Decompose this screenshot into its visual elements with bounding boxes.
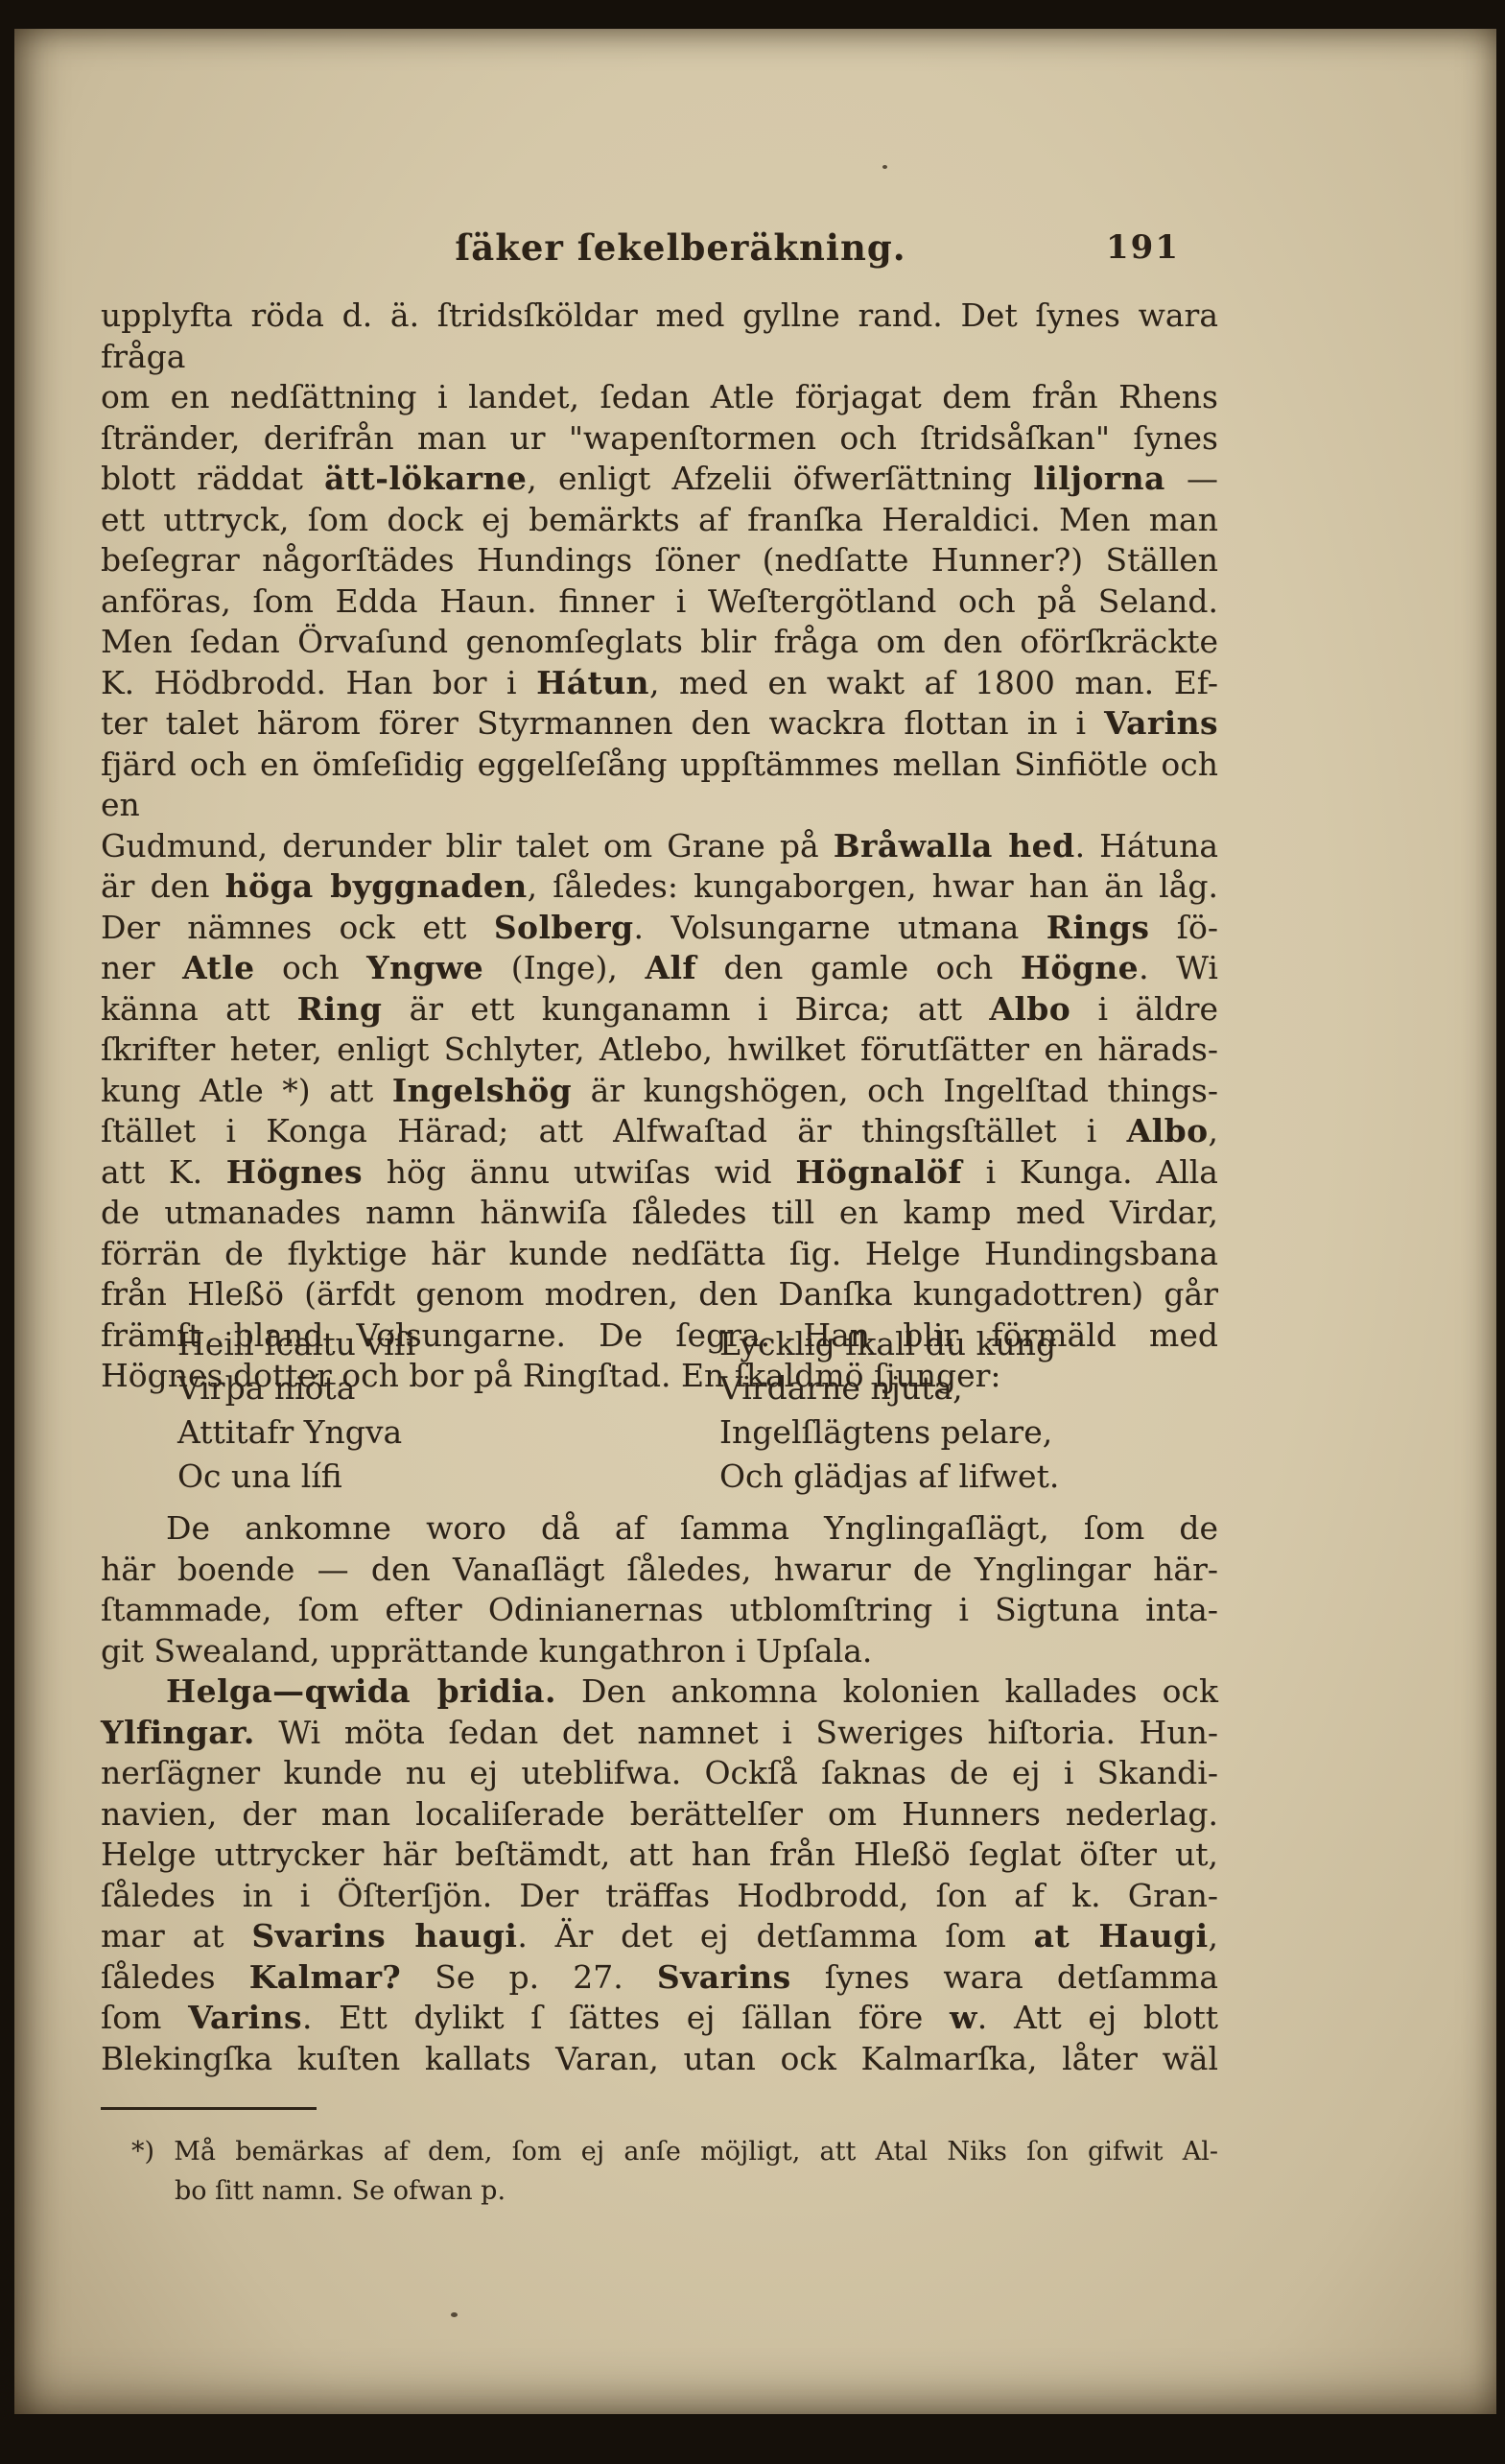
emphasized-text: liljorna: [1033, 460, 1165, 497]
text-segment: Der nämnes ock ett: [101, 909, 494, 946]
text-line: mar at Svarins haugi. Är det ej detſamma…: [101, 1916, 1218, 1957]
text-segment: anföras, ſom Edda Haun. finner i Weſterg…: [101, 582, 1218, 620]
text-segment: Gudmund, derunder blir talet om Grane på: [101, 827, 834, 865]
body-text-block-1: upplyfta röda d. ä. ſtridsſköldar med gy…: [101, 296, 1218, 1397]
text-line: navien, der man localiſerade berättelſer…: [101, 1794, 1218, 1836]
text-segment: är ett kunganamn i Birca; att: [382, 990, 989, 1028]
text-segment: , ſåledes: kungaborgen, hwar han än låg.: [528, 867, 1218, 905]
text-line: beſegrar någorſtädes Hundings ſöner (ned…: [101, 540, 1218, 581]
text-segment: Men ſedan Örvaſund genomſeglats blir frå…: [101, 623, 1218, 660]
text-line: känna att Ring är ett kunganamn i Birca;…: [101, 989, 1218, 1031]
text-segment: beſegrar någorſtädes Hundings ſöner (ned…: [101, 541, 1218, 579]
emphasized-text: Yngwe: [366, 949, 483, 986]
text-segment: fjärd och en ömſeſidig eggelſeſång uppſt…: [101, 746, 1218, 824]
emphasized-text: Hátun: [536, 664, 649, 701]
emphasized-text: Albo: [989, 990, 1070, 1028]
text-line: här boende — den Vanaſlägt ſåledes, hwar…: [101, 1550, 1218, 1591]
text-line: om en nedſättning i landet, ſedan Atle f…: [101, 377, 1218, 418]
emphasized-text: Atle: [182, 949, 254, 986]
text-segment: i Kunga. Alla: [962, 1153, 1218, 1191]
emphasized-text: Bråwalla hed: [834, 827, 1075, 865]
emphasized-text: Högnalöf: [795, 1153, 962, 1191]
text-segment: här boende — den Vanaſlägt ſåledes, hwar…: [101, 1551, 1218, 1588]
text-segment: ſynes wara detſamma: [791, 1958, 1218, 1996]
text-segment: de utmanades namn hänwiſa ſåledes till e…: [101, 1194, 1218, 1231]
text-segment: ſkrifter heter, enligt Schlyter, Atlebo,…: [101, 1031, 1218, 1068]
text-segment: ,: [1209, 1917, 1219, 1955]
text-segment: , enligt Afzelii öfwerſättning: [527, 460, 1033, 497]
text-segment: . Ett dylikt ſ ſättes ej ſällan före: [302, 1999, 950, 2036]
verse-line: Virdarne njuta,: [719, 1366, 1059, 1410]
text-segment: bo ſitt namn. Se ofwan p.: [175, 2176, 506, 2206]
emphasized-text: Rings: [1046, 909, 1150, 946]
ink-speck: [451, 2312, 458, 2317]
text-segment: känna att: [101, 990, 297, 1028]
emphasized-text: w: [950, 1999, 977, 2036]
text-segment: hög ännu utwiſas wid: [363, 1153, 795, 1191]
text-line: Helge uttrycker här beſtämdt, att han fr…: [101, 1835, 1218, 1876]
text-line: bo ſitt namn. Se ofwan p.: [131, 2171, 1218, 2211]
text-line: K. Hödbrodd. Han bor i Hátun, med en wak…: [101, 663, 1218, 704]
emphasized-text: Alf: [645, 949, 696, 986]
emphasized-text: Solberg: [494, 909, 634, 946]
text-segment: att K.: [101, 1153, 226, 1191]
footnote: *) Må bemärkas af dem, ſom ej anſe möjli…: [131, 2132, 1218, 2211]
text-line: Men ſedan Örvaſund genomſeglats blir frå…: [101, 622, 1218, 663]
text-segment: är den: [101, 867, 225, 905]
text-segment: *) Må bemärkas af dem, ſom ej anſe möjli…: [131, 2137, 1218, 2167]
text-segment: De ankomne woro då af ſamma Ynglingaſläg…: [166, 1509, 1218, 1547]
text-line: anföras, ſom Edda Haun. finner i Weſterg…: [101, 581, 1218, 623]
text-line: ſtränder, derifrån man ur "wapenſtormen …: [101, 418, 1218, 460]
verse-right-column: Lycklig ſkall du kungVirdarne njuta,Inge…: [719, 1322, 1059, 1499]
text-line: ner Atle och Yngwe (Inge), Alf den gamle…: [101, 948, 1218, 989]
text-segment: —: [1165, 460, 1218, 497]
text-segment: K. Hödbrodd. Han bor i: [101, 664, 536, 701]
text-line: ſtammade, ſom efter Odinianernas utblomſ…: [101, 1590, 1218, 1631]
emphasized-text: Varins: [188, 1999, 302, 2036]
verse-line: Lycklig ſkall du kung: [719, 1322, 1059, 1366]
text-line: *) Må bemärkas af dem, ſom ej anſe möjli…: [131, 2132, 1218, 2171]
text-segment: mar at: [101, 1917, 251, 1955]
text-segment: (Inge),: [483, 949, 645, 986]
text-segment: . Volsungarne utmana: [634, 909, 1046, 946]
text-segment: ,: [1209, 1112, 1219, 1149]
text-segment: nerſägner kunde nu ej uteblifwa. Ockſå ſ…: [101, 1754, 1218, 1791]
emphasized-text: Helga—qwida þridia.: [166, 1672, 556, 1710]
text-line: De ankomne woro då af ſamma Ynglingaſläg…: [101, 1508, 1218, 1550]
text-line: upplyfta röda d. ä. ſtridsſköldar med gy…: [101, 296, 1218, 377]
text-segment: kung Atle *) att: [101, 1072, 392, 1109]
text-line: från Hleßö (ärfdt genom modren, den Danſ…: [101, 1274, 1218, 1315]
verse-left-column: Heill ſcaltu víſiVirþa niótaAttitafr Yng…: [177, 1322, 415, 1499]
text-segment: ſåledes: [101, 1958, 249, 1996]
verse-line: Heill ſcaltu víſi: [177, 1322, 415, 1366]
text-segment: git Swealand, upprättande kungathron i U…: [101, 1632, 872, 1670]
text-line: förrän de flyktige här kunde nedſätta ſi…: [101, 1234, 1218, 1275]
verse-line: Oc una lífi: [177, 1455, 415, 1499]
text-line: ſom Varins. Ett dylikt ſ ſättes ej ſälla…: [101, 1998, 1218, 2039]
body-text-block-2: De ankomne woro då af ſamma Ynglingaſläg…: [101, 1508, 1218, 2079]
emphasized-text: Svarins: [657, 1958, 791, 1996]
text-segment: navien, der man localiſerade berättelſer…: [101, 1795, 1218, 1833]
text-segment: ett uttryck, ſom dock ej bemärkts af fra…: [101, 501, 1218, 538]
text-segment: ſtammade, ſom efter Odinianernas utblomſ…: [101, 1591, 1218, 1628]
text-segment: Helge uttrycker här beſtämdt, att han fr…: [101, 1836, 1218, 1873]
text-line: Der nämnes ock ett Solberg. Volsungarne …: [101, 908, 1218, 949]
text-line: kung Atle *) att Ingelshög är kungshögen…: [101, 1071, 1218, 1112]
emphasized-text: at Haugi: [1034, 1917, 1209, 1955]
text-line: de utmanades namn hänwiſa ſåledes till e…: [101, 1193, 1218, 1234]
text-line: Gudmund, derunder blir talet om Grane på…: [101, 826, 1218, 867]
text-segment: från Hleßö (ärfdt genom modren, den Danſ…: [101, 1275, 1218, 1313]
text-segment: , med en wakt af 1800 man. Ef-: [649, 664, 1218, 701]
scanned-book-frame: ſäker ſekelberäkning. 191 upplyfta röda …: [0, 0, 1505, 2464]
text-segment: förrän de flyktige här kunde nedſätta ſi…: [101, 1235, 1218, 1272]
text-segment: i äldre: [1070, 990, 1218, 1028]
text-line: att K. Högnes hög ännu utwiſas wid Högna…: [101, 1152, 1218, 1194]
text-line: fjärd och en ömſeſidig eggelſeſång uppſt…: [101, 745, 1218, 826]
verse-line: Attitafr Yngva: [177, 1410, 415, 1455]
text-line: ter talet härom förer Styrmannen den wac…: [101, 703, 1218, 745]
text-line: Ylfingar. Wi möta ſedan det namnet i Swe…: [101, 1713, 1218, 1754]
text-segment: ſö-: [1149, 909, 1218, 946]
footnote-separator-rule: [101, 2107, 317, 2110]
text-line: ett uttryck, ſom dock ej bemärkts af fra…: [101, 500, 1218, 541]
verse-line: Ingelſlägtens pelare,: [719, 1410, 1059, 1455]
text-segment: blott räddat: [101, 460, 324, 497]
verse-line: Och glädjas af lifwet.: [719, 1455, 1059, 1499]
text-line: git Swealand, upprättande kungathron i U…: [101, 1631, 1218, 1672]
emphasized-text: Svarins haugi: [251, 1917, 517, 1955]
emphasized-text: Albo: [1127, 1112, 1209, 1149]
emphasized-text: Kalmar?: [249, 1958, 401, 1996]
text-segment: Blekingſka kuſten kallats Varan, utan oc…: [101, 2040, 1218, 2077]
text-line: är den höga byggnaden, ſåledes: kungabor…: [101, 866, 1218, 908]
text-line: ſåledes in i Öſterſjön. Der träffas Hodb…: [101, 1876, 1218, 1917]
text-segment: ſåledes in i Öſterſjön. Der träffas Hodb…: [101, 1877, 1218, 1914]
emphasized-text: Varins: [1104, 704, 1218, 742]
text-segment: ſtränder, derifrån man ur "wapenſtormen …: [101, 419, 1218, 457]
running-head: ſäker ſekelberäkning. 191: [101, 226, 1218, 284]
text-segment: och: [255, 949, 367, 986]
text-line: Blekingſka kuſten kallats Varan, utan oc…: [101, 2039, 1218, 2080]
emphasized-text: Ylfingar.: [101, 1714, 255, 1751]
text-line: blott räddat ätt-lökarne, enligt Afzelii…: [101, 459, 1218, 500]
text-line: Helga—qwida þridia. Den ankomna kolonien…: [101, 1671, 1218, 1713]
text-line: ſkrifter heter, enligt Schlyter, Atlebo,…: [101, 1030, 1218, 1071]
text-segment: . Wi: [1139, 949, 1218, 986]
text-line: ſtället i Konga Härad; att Alfwaſtad är …: [101, 1111, 1218, 1152]
text-segment: ner: [101, 949, 182, 986]
verse-line: Virþa nióta: [177, 1366, 415, 1410]
text-segment: ſtället i Konga Härad; att Alfwaſtad är …: [101, 1112, 1127, 1149]
text-segment: Den ankomna kolonien kallades ock: [556, 1672, 1218, 1710]
text-segment: Wi möta ſedan det namnet i Sweriges hiſt…: [255, 1714, 1218, 1751]
emphasized-text: ätt-lökarne: [324, 460, 527, 497]
emphasized-text: Högnes: [226, 1153, 363, 1191]
book-page: ſäker ſekelberäkning. 191 upplyfta röda …: [14, 29, 1496, 2414]
text-segment: . Att ej blott: [977, 1999, 1218, 2036]
ink-speck: [882, 165, 887, 169]
text-segment: Se p. 27.: [401, 1958, 657, 1996]
emphasized-text: Ingelshög: [392, 1072, 572, 1109]
emphasized-text: Högne: [1021, 949, 1139, 986]
text-segment: den gamle och: [696, 949, 1021, 986]
text-segment: upplyfta röda d. ä. ſtridsſköldar med gy…: [101, 296, 1218, 375]
text-segment: ſom: [101, 1999, 188, 2036]
emphasized-text: Ring: [297, 990, 383, 1028]
text-segment: . Är det ej detſamma ſom: [517, 1917, 1033, 1955]
text-segment: ter talet härom förer Styrmannen den wac…: [101, 704, 1104, 742]
text-segment: är kungshögen, och Ingelſtad things-: [572, 1072, 1218, 1109]
text-segment: . Hátuna: [1075, 827, 1218, 865]
text-line: ſåledes Kalmar? Se p. 27. Svarins ſynes …: [101, 1957, 1218, 1999]
text-segment: om en nedſättning i landet, ſedan Atle f…: [101, 378, 1218, 415]
text-line: nerſägner kunde nu ej uteblifwa. Ockſå ſ…: [101, 1753, 1218, 1794]
running-head-title: ſäker ſekelberäkning.: [455, 226, 905, 269]
emphasized-text: höga byggnaden: [225, 867, 528, 905]
page-number: 191: [1106, 228, 1180, 267]
